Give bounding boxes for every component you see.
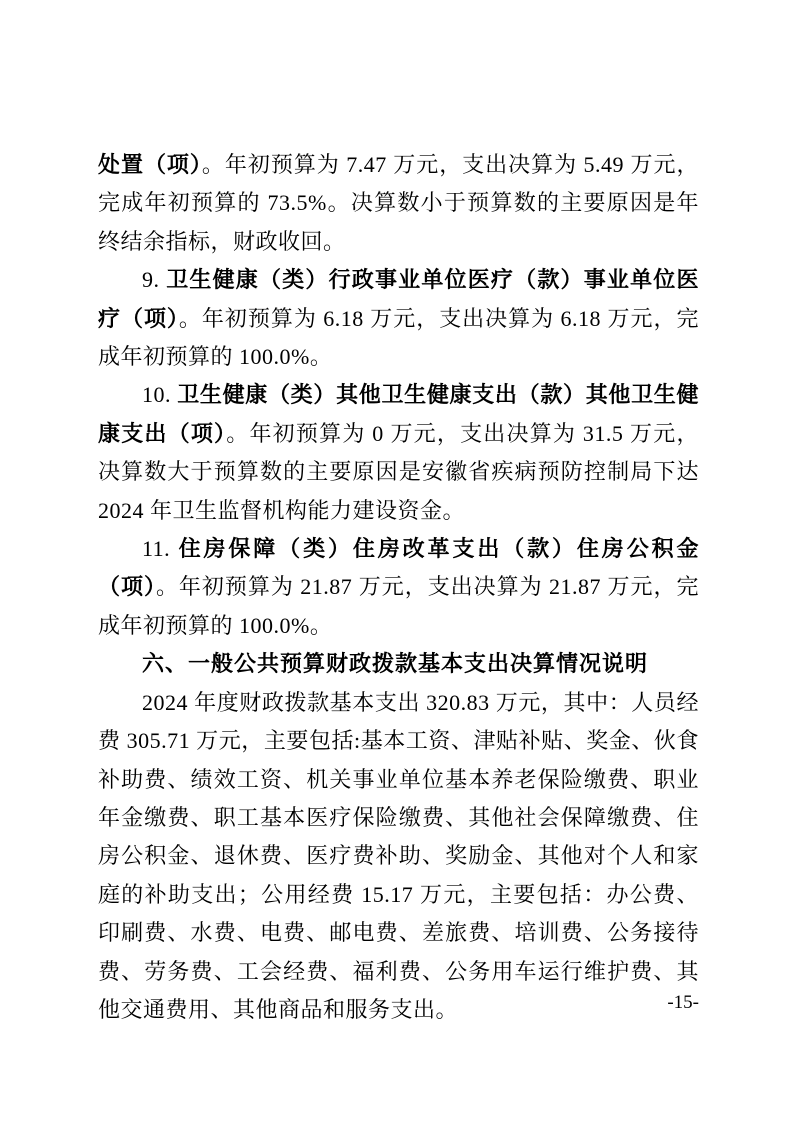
document-body: 处置（项）。年初预算为 7.47 万元，支出决算为 5.49 万元，完成年初预算… [98,146,699,1029]
page-footer: -15- [98,992,699,1014]
text-segment: 10. [142,382,177,407]
document-page: 处置（项）。年初预算为 7.47 万元，支出决算为 5.49 万元，完成年初预算… [0,0,793,1122]
text-segment: 11. [142,536,179,561]
paragraph: 9. 卫生健康（类）行政事业单位医疗（款）事业单位医疗（项）。年初预算为 6.1… [98,261,699,376]
text-segment: 。年初预算为 6.18 万元，支出决算为 6.18 万元，完成年初预算的 100… [98,306,699,369]
paragraph: 处置（项）。年初预算为 7.47 万元，支出决算为 5.49 万元，完成年初预算… [98,146,699,261]
section-heading: 六、一般公共预算财政拨款基本支出决算情况说明 [98,645,699,683]
text-segment: 2024 年度财政拨款基本支出 320.83 万元，其中：人员经费 305.71… [98,690,699,1022]
paragraph: 2024 年度财政拨款基本支出 320.83 万元，其中：人员经费 305.71… [98,684,699,1030]
text-segment: 处置（项） [98,152,202,177]
page-number: -15- [667,992,699,1013]
text-segment: 六、一般公共预算财政拨款基本支出决算情况说明 [142,651,648,676]
paragraph: 10. 卫生健康（类）其他卫生健康支出（款）其他卫生健康支出（项）。年初预算为 … [98,376,699,530]
text-segment: 9. [142,267,166,292]
paragraph: 11. 住房保障（类）住房改革支出（款）住房公积金（项）。年初预算为 21.87… [98,530,699,645]
text-segment: 。年初预算为 21.87 万元，支出决算为 21.87 万元，完成年初预算的 1… [98,574,699,637]
